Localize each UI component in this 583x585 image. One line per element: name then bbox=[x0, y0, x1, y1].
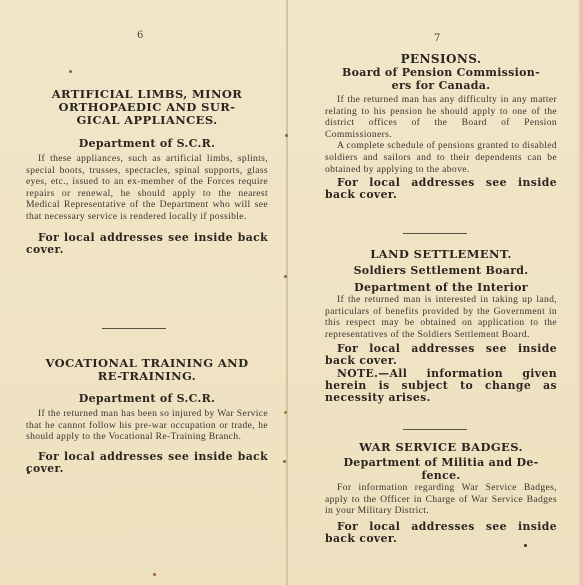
page-number-right: 7 bbox=[434, 33, 440, 44]
ink-blot bbox=[524, 544, 527, 547]
board-heading-line: ers for Canada. bbox=[325, 79, 557, 92]
staple-mark bbox=[284, 275, 287, 278]
section-artificial-limbs: ARTIFICIAL LIMBS, MINOR ORTHOPAEDIC AND … bbox=[26, 88, 268, 256]
section-body: If the returned man is interested in tak… bbox=[325, 294, 557, 340]
section-war-service-badges: WAR SERVICE BADGES. Department of Militi… bbox=[325, 441, 557, 545]
section-divider bbox=[403, 233, 467, 234]
section-title: LAND SETTLEMENT. bbox=[325, 248, 557, 261]
section-title: PENSIONS. bbox=[325, 53, 557, 66]
section-body-2: A complete schedule of pensions granted … bbox=[325, 140, 557, 175]
department-heading: Department of S.C.R. bbox=[26, 137, 268, 150]
local-addresses-note: For local addresses see inside back cove… bbox=[26, 232, 268, 256]
department-heading-line: Department of Militia and De- bbox=[325, 456, 557, 469]
board-heading-line: Board of Pension Commission- bbox=[325, 66, 557, 79]
staple-mark bbox=[283, 460, 286, 463]
section-body: For information regarding War Service Ba… bbox=[325, 482, 557, 517]
ink-blot bbox=[27, 471, 30, 474]
section-vocational-training: VOCATIONAL TRAINING AND RE-TRAINING. Dep… bbox=[26, 357, 268, 475]
local-addresses-note: For local addresses see inside back cove… bbox=[325, 521, 557, 545]
local-addresses-note: For local addresses see inside back cove… bbox=[325, 343, 557, 367]
section-land-settlement: LAND SETTLEMENT. Soldiers Settlement Boa… bbox=[325, 248, 557, 404]
staple-mark bbox=[285, 134, 288, 137]
gutter-fold bbox=[286, 0, 288, 585]
change-notice: NOTE.—All information given herein is su… bbox=[325, 368, 557, 404]
local-addresses-note: For local addresses see inside back cove… bbox=[26, 451, 268, 475]
department-heading: Department of the Interior bbox=[325, 281, 557, 294]
section-divider bbox=[403, 429, 467, 430]
section-divider bbox=[102, 328, 166, 329]
paper-speck bbox=[69, 70, 72, 73]
department-heading: Department of S.C.R. bbox=[26, 392, 268, 405]
section-title: WAR SERVICE BADGES. bbox=[325, 441, 557, 454]
page-number-left: 6 bbox=[137, 30, 143, 41]
section-body: If the returned man has any difficulty i… bbox=[325, 94, 557, 140]
local-addresses-note: For local addresses see inside back cove… bbox=[325, 177, 557, 201]
section-body: If these appliances, such as artificial … bbox=[26, 153, 268, 223]
section-title-line: GICAL APPLIANCES. bbox=[26, 114, 268, 127]
paper-speck bbox=[153, 573, 156, 576]
section-title-line: RE-TRAINING. bbox=[26, 370, 268, 383]
section-pensions: PENSIONS. Board of Pension Commission- e… bbox=[325, 53, 557, 201]
staple-mark bbox=[284, 411, 287, 414]
section-body: If the returned man has been so injured … bbox=[26, 408, 268, 443]
board-heading: Soldiers Settlement Board. bbox=[325, 264, 557, 277]
department-heading-line: fence. bbox=[325, 469, 557, 482]
